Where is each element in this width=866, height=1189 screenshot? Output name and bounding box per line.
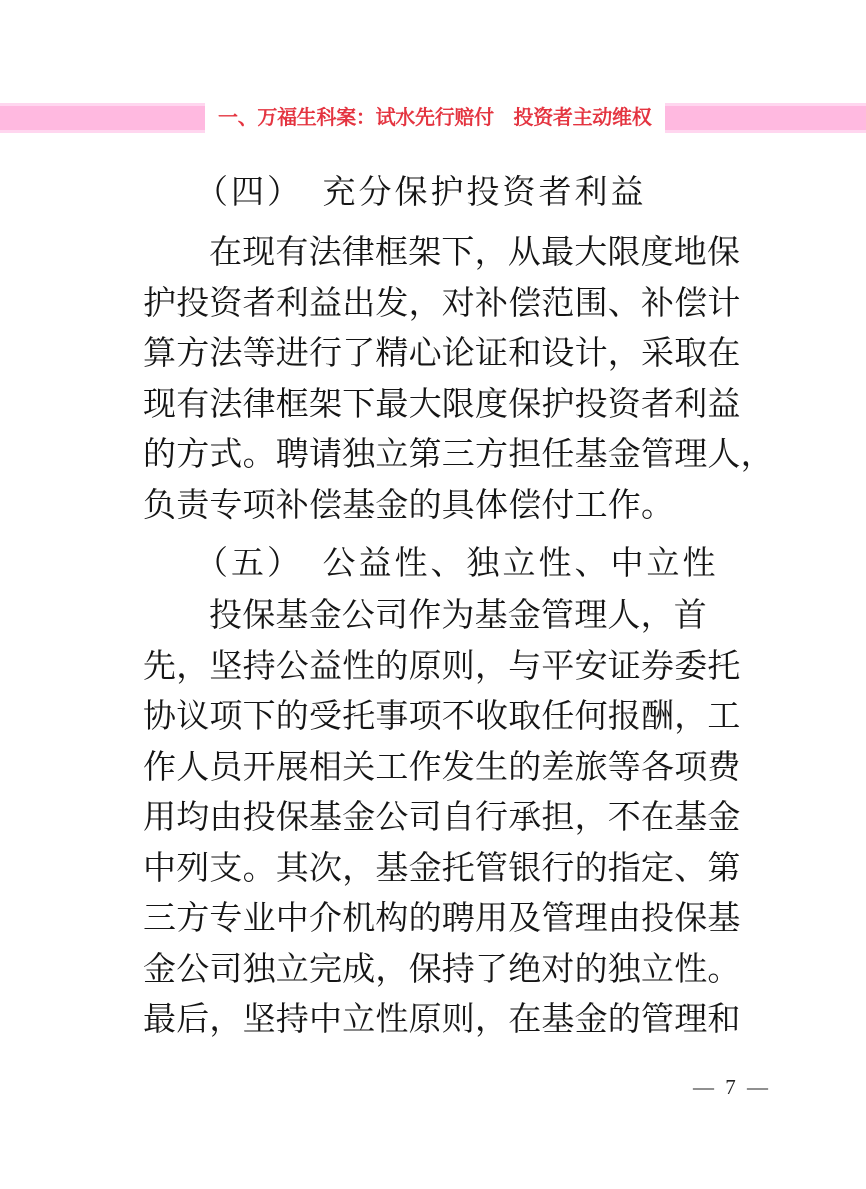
- text-line: 三方专业中介机构的聘用及管理由投保基: [143, 894, 743, 945]
- text-line: 护投资者利益出发，对补偿范围、补偿计: [143, 279, 743, 330]
- chapter-header-title: 一、万福生科案：试水先行赔付 投资者主动维权: [218, 103, 651, 133]
- section-heading-5: （五） 公益性、独立性、中立性: [143, 539, 783, 590]
- text-line: 现有法律框架下最大限度保护投资者利益: [143, 380, 743, 431]
- page-number: — 7 —: [670, 1072, 794, 1102]
- text-line: 作人员开展相关工作发生的差旅等各项费: [143, 743, 743, 794]
- text-line: 协议项下的受托事项不收取任何报酬，工: [143, 692, 743, 743]
- section-4-paragraph: 在现有法律框架下，从最大限度地保护投资者利益出发，对补偿范围、补偿计算方法等进行…: [143, 228, 743, 531]
- header-band-left-bar: [0, 103, 205, 133]
- text-line: 投保基金公司作为基金管理人，首: [143, 591, 743, 642]
- book-page: 一、万福生科案：试水先行赔付 投资者主动维权 （四） 充分保护投资者利益 在现有…: [0, 0, 866, 1189]
- text-line: 用均由投保基金公司自行承担，不在基金: [143, 793, 743, 844]
- text-line: 的方式。聘请独立第三方担任基金管理人，: [143, 430, 743, 481]
- section-heading-4: （四） 充分保护投资者利益: [143, 168, 783, 219]
- section-5-paragraph: 投保基金公司作为基金管理人，首先，坚持公益性的原则，与平安证券委托协议项下的受托…: [143, 591, 743, 1046]
- chapter-header-band: 一、万福生科案：试水先行赔付 投资者主动维权: [0, 103, 866, 133]
- header-band-right-bar: [665, 103, 866, 133]
- text-line: 最后，坚持中立性原则，在基金的管理和: [143, 995, 743, 1046]
- text-line: 负责专项补偿基金的具体偿付工作。: [143, 481, 743, 532]
- text-line: 算方法等进行了精心论证和设计，采取在: [143, 329, 743, 380]
- text-line: 金公司独立完成，保持了绝对的独立性。: [143, 945, 743, 996]
- text-line: 中列支。其次，基金托管银行的指定、第: [143, 844, 743, 895]
- text-line: 在现有法律框架下，从最大限度地保: [143, 228, 743, 279]
- text-line: 先，坚持公益性的原则，与平安证券委托: [143, 642, 743, 693]
